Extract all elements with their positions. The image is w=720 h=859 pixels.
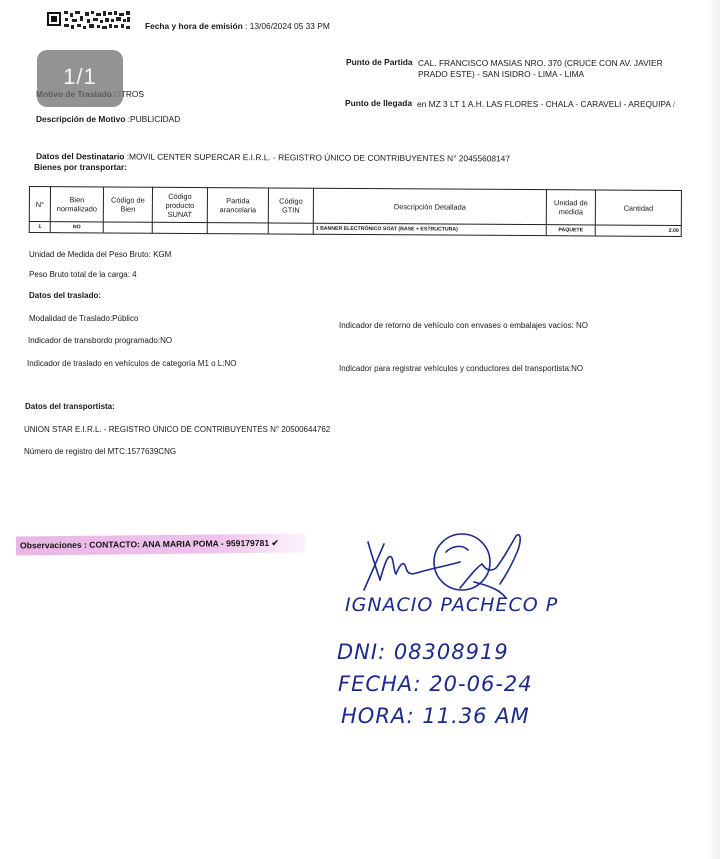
col-description: Descripción Detallada xyxy=(313,188,546,224)
origin-address: CAL. FRANCISCO MASIAS NRO. 370 (CRUCE CO… xyxy=(418,58,663,80)
cell-gtin xyxy=(268,223,313,234)
col-gtin: Código GTIN xyxy=(268,188,313,223)
col-item-code: Código de Bien xyxy=(103,187,152,222)
page-edge-shadow xyxy=(706,0,720,859)
col-normalized: Bien normalizado xyxy=(50,187,103,222)
qr-code-icon xyxy=(47,10,131,32)
cell-unit: PAQUETE xyxy=(546,225,595,236)
cell-tariff xyxy=(207,223,268,234)
col-tariff: Partida arancelaria xyxy=(207,188,268,223)
motive-description-label: Descripción de Motivo xyxy=(36,114,125,124)
origin-line-2: PRADO ESTE) - SAN ISIDRO - LIMA - LIMA xyxy=(418,69,663,80)
cell-item-code xyxy=(103,222,152,233)
origin-label: Punto de Partida xyxy=(346,57,413,67)
destination-label: Punto de llegada xyxy=(345,98,412,108)
cell-sunat-code xyxy=(152,222,207,233)
motive-description-value: :PUBLICIDAD xyxy=(128,114,181,124)
col-sunat-code: Código producto SUNAT xyxy=(152,187,207,222)
motive-description-row: Descripción de Motivo :PUBLICIDAD xyxy=(36,114,180,124)
emission-datetime: Fecha y hora de emisión : 13/06/2024 05 … xyxy=(145,21,330,31)
cell-description: 1 BANNER ELECTRÓNICO SOAT (BASE + ESTRUC… xyxy=(313,223,546,235)
recipient-label: Datos del Destinatario xyxy=(36,151,124,161)
transfer-register-indicator: Indicador para registrar vehículos y con… xyxy=(339,364,583,373)
motive-row: Motivo de Traslado:OTROS xyxy=(36,89,144,99)
goods-table: N° Bien normalizado Código de Bien Códig… xyxy=(29,186,682,237)
signature-scribble xyxy=(350,528,550,598)
cell-normalized: NO xyxy=(50,222,103,233)
carrier-mtc: Número de registro del MTC:1577639CNG xyxy=(24,447,176,456)
emission-value: : 13/06/2024 05 33 PM xyxy=(245,21,330,31)
weight-unit: Unidad de Medida del Peso Bruto: KGM xyxy=(29,250,171,259)
transfer-return-indicator: Indicador de retorno de vehículo con env… xyxy=(339,321,588,330)
origin-line-1: CAL. FRANCISCO MASIAS NRO. 370 (CRUCE CO… xyxy=(418,58,663,69)
weight-total: Peso Bruto total de la carga: 4 xyxy=(29,270,137,279)
transfer-m1-category: Indicador de traslado en vehículos de ca… xyxy=(27,359,236,368)
cell-quantity: 2.00 xyxy=(595,225,681,237)
destination-address: en MZ 3 LT 1 A.H. LAS FLORES - CHALA - C… xyxy=(417,99,675,109)
carrier-name: UNION STAR E.I.R.L. - REGISTRO ÚNICO DE … xyxy=(24,425,330,434)
transfer-title: Datos del traslado: xyxy=(29,291,101,300)
col-quantity: Cantidad xyxy=(595,190,681,226)
motive-label: Motivo de Traslado xyxy=(36,89,112,99)
recipient-value: :MOVIL CENTER SUPERCAR E.I.R.L. - REGIST… xyxy=(127,151,510,163)
goods-title: Bienes por transportar: xyxy=(34,162,127,172)
transfer-transshipment: Indicador de transbordo programado:NO xyxy=(28,336,172,345)
observations-highlight: Observaciones : CONTACTO: ANA MARIA POMA… xyxy=(16,533,306,555)
emission-label: Fecha y hora de emisión xyxy=(145,21,243,31)
col-number: N° xyxy=(29,187,50,222)
carrier-title: Datos del transportista: xyxy=(25,402,115,411)
cell-number: 1 xyxy=(29,222,50,233)
transfer-modality: Modalidad de Traslado:Público xyxy=(29,314,138,323)
observations-text: Observaciones : CONTACTO: ANA MARIA POMA… xyxy=(20,538,279,552)
goods-table-header: N° Bien normalizado Código de Bien Códig… xyxy=(29,187,681,226)
col-unit: Unidad de medida xyxy=(546,190,595,225)
handwritten-name: IGNACIO PACHECO P xyxy=(345,594,558,616)
handwritten-time: HORA: 11.36 AM xyxy=(341,704,530,728)
handwritten-dni: DNI: 08308919 xyxy=(337,640,509,664)
handwritten-date: FECHA: 20-06-24 xyxy=(338,672,533,696)
destination-value: en MZ 3 LT 1 A.H. LAS FLORES - CHALA - C… xyxy=(417,99,671,109)
